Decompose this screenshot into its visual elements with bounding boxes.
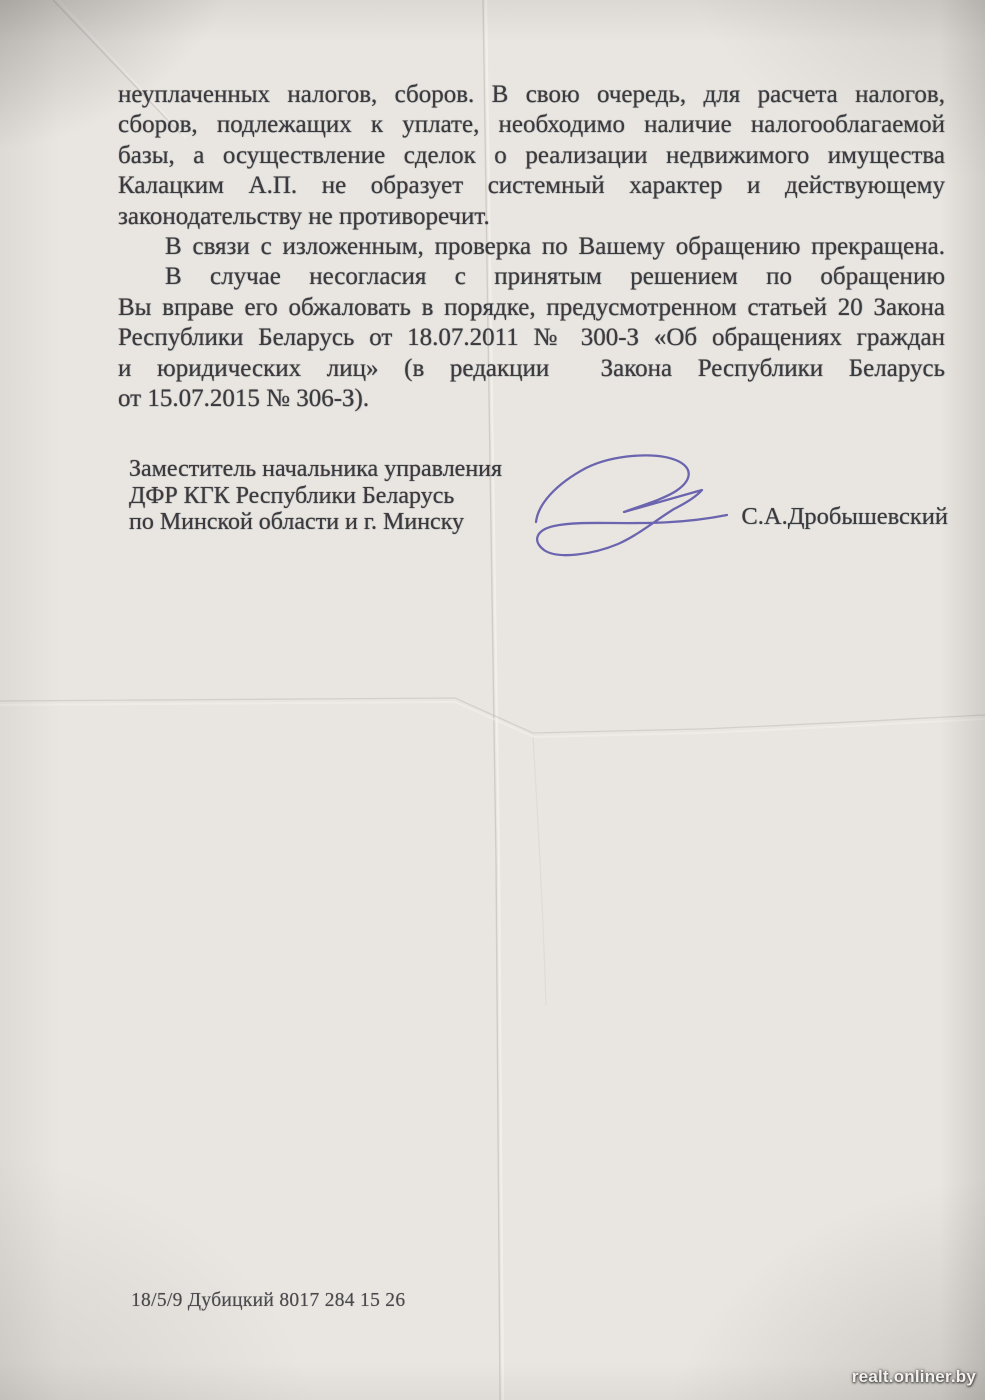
letter-body-line: законодательству не противоречит. xyxy=(118,202,945,232)
letter-body-text: неуплаченных налогов, сборов. В свою оче… xyxy=(118,80,945,414)
letter-body-line: Калацким А.П. не образует системный хара… xyxy=(118,171,945,201)
letter-body-line: В связи с изложенным, проверка по Вашему… xyxy=(118,232,945,262)
signer-name: С.А.Дробышевский xyxy=(700,503,948,531)
letter-body-line: Вы вправе его обжаловать в порядке, пред… xyxy=(118,293,945,323)
letter-body-line: от 15.07.2015 № 306-З). xyxy=(118,384,945,414)
letter-body-line: В случае несогласия с принятым решением … xyxy=(118,262,945,292)
letter-body-line: и юридических лиц» (в редакции Закона Ре… xyxy=(118,354,945,384)
letter-body-line: базы, а осуществление сделок о реализаци… xyxy=(118,141,945,171)
reference-line: 18/5/9 Дубицкий 8017 284 15 26 xyxy=(131,1290,405,1312)
letter-body-line: сборов, подлежащих к уплате, необходимо … xyxy=(118,110,945,140)
watermark: realt.onliner.by xyxy=(852,1367,976,1387)
letter-body-line: неуплаченных налогов, сборов. В свою оче… xyxy=(118,80,945,110)
letter-body-line: Республики Беларусь от 18.07.2011 № 300-… xyxy=(118,323,945,353)
document-photo: неуплаченных налогов, сборов. В свою оче… xyxy=(0,0,985,1400)
